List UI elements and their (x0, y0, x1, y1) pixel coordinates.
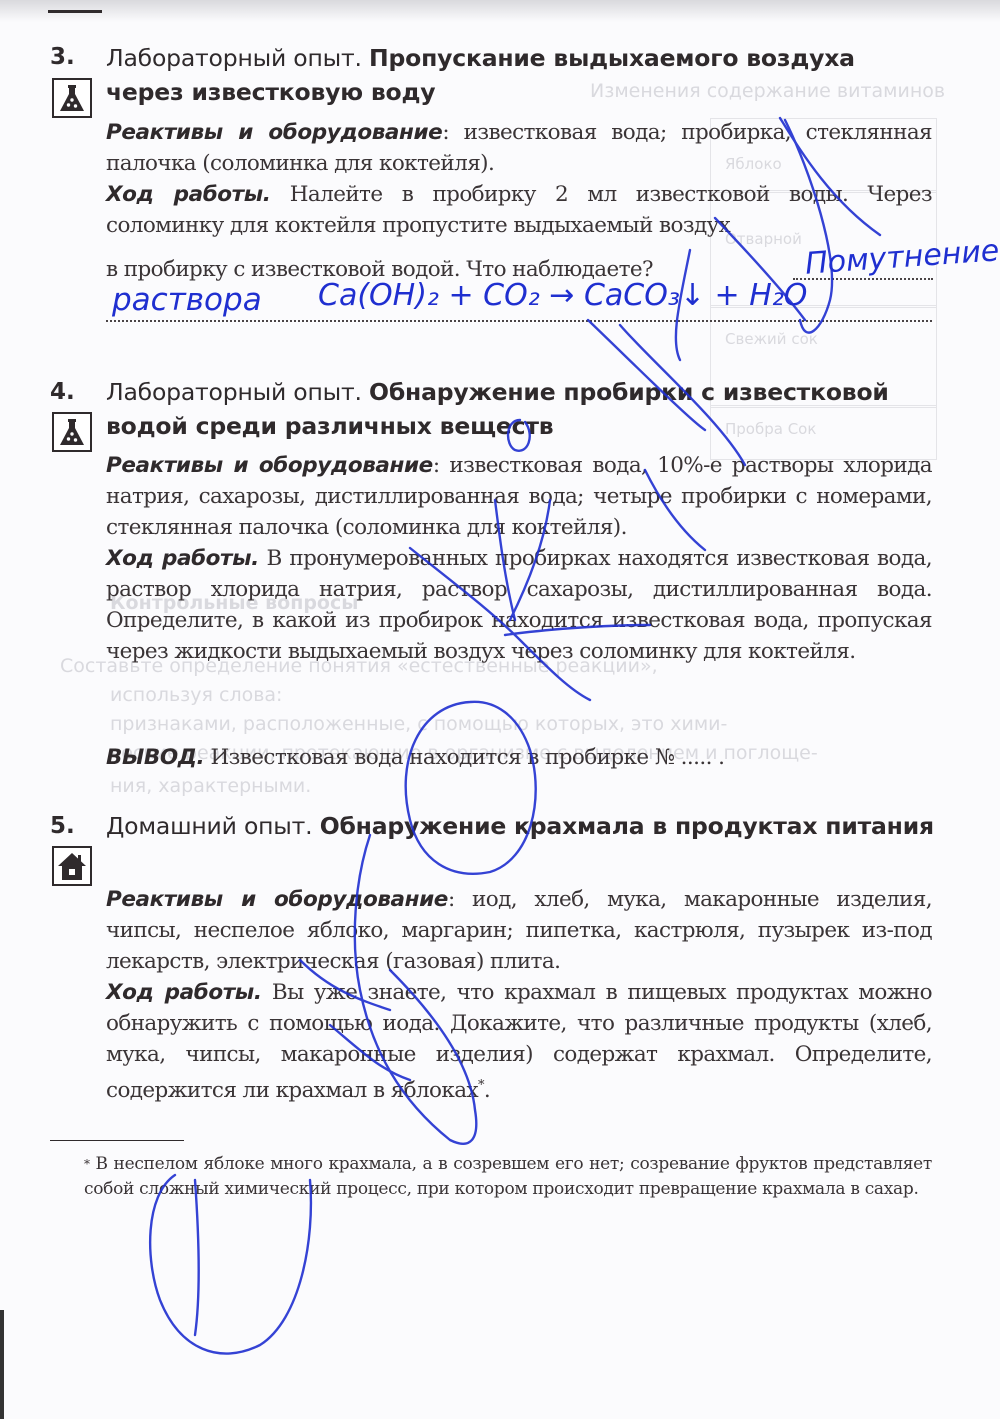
footnote-divider (50, 1140, 184, 1141)
page-top-shadow (0, 0, 1000, 22)
handwritten-answer: раствора (112, 282, 262, 318)
bleed-through-line: признаками, расположенные, с помощью кот… (110, 713, 727, 735)
section-number: 3. (50, 44, 75, 70)
house-icon (52, 846, 92, 886)
section-heading: Лабораторный опыт. Пропускание выдыхаемо… (106, 41, 936, 109)
bleed-through-cell: Свежий сок (725, 330, 818, 348)
experiment-kind: Лабораторный опыт. (106, 44, 362, 72)
section-body: Реактивы и оборудование: известковая вод… (106, 117, 932, 241)
answer-line[interactable] (106, 320, 932, 322)
conclusion-label: ВЫВОД. (106, 745, 204, 770)
bleed-through-line: ния, характерными. (110, 775, 311, 797)
handwritten-equation: Ca(OH)₂ + CO₂ → CaCO₃↓ + H₂O (318, 278, 807, 313)
section-number: 4. (50, 379, 75, 405)
experiment-kind: Лабораторный опыт. (106, 378, 362, 406)
experiment-title: Обнаружение крахмала в продуктах питания (320, 812, 934, 840)
reagents-label: Реактивы и оборудование (106, 453, 433, 478)
flask-icon (52, 412, 92, 452)
procedure-label: Ход работы. (106, 980, 262, 1005)
reagents-label: Реактивы и оборудование (106, 120, 442, 145)
section-heading: Домашний опыт. Обнаружение крахмала в пр… (106, 809, 936, 843)
section-number: 5. (50, 813, 75, 839)
section-heading: Лабораторный опыт. Обнаружение пробирки … (106, 375, 936, 443)
conclusion: ВЫВОД. Известковая вода находится в проб… (106, 742, 932, 773)
conclusion-text: Известковая вода находится в пробирке № … (204, 745, 724, 770)
reagents-label: Реактивы и оборудование (106, 887, 448, 912)
page-number-rule (48, 10, 102, 13)
section-body: Реактивы и оборудование: иод, хлеб, мука… (106, 884, 932, 1106)
page-left-edge (0, 1310, 4, 1419)
procedure-end: . (484, 1078, 490, 1103)
procedure-label: Ход работы. (106, 546, 259, 571)
procedure-label: Ход работы. (106, 182, 271, 207)
flask-icon (52, 78, 92, 118)
footnote-text: В неспелом яблоке много крахмала, а в со… (84, 1154, 932, 1199)
footnote-marker: * (84, 1157, 90, 1171)
footnote: * В неспелом яблоке много крахмала, а в … (84, 1152, 932, 1202)
section-body: Реактивы и оборудование: известковая вод… (106, 450, 932, 667)
bleed-through-line: используя слова: (110, 684, 282, 706)
experiment-kind: Домашний опыт. (106, 812, 312, 840)
